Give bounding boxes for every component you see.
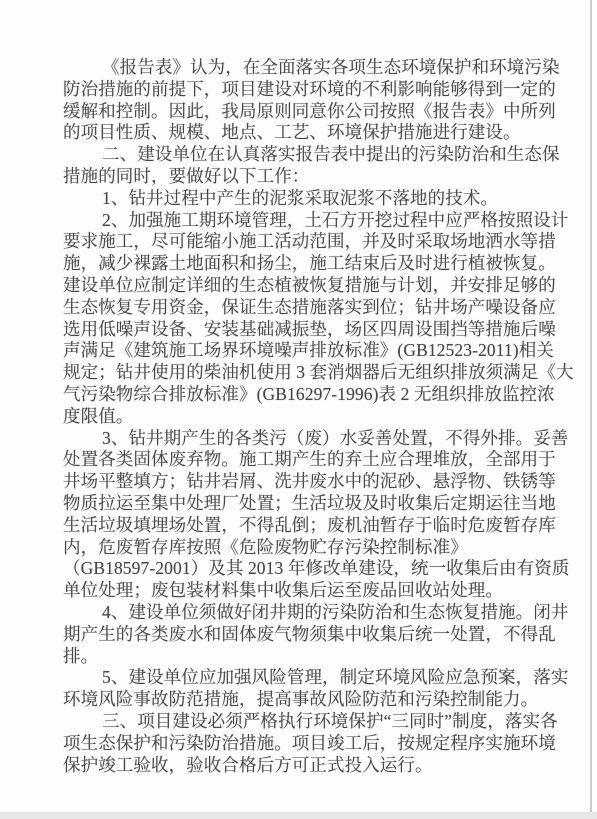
document-line: 4、建设单位须做好闭井期的污染防治和生态恢复措施。闭井 — [63, 602, 545, 624]
document-line: 度限值。 — [63, 406, 545, 428]
document-line: 《报告表》认为，在全面落实各项生态环境保护和环境污染 — [63, 57, 545, 79]
document-line: 单位处理；废包装材料集中收集后运至废品回收站处理。 — [63, 580, 545, 602]
document-line: 的项目性质、规模、地点、工艺、环境保护措施进行建设。 — [63, 122, 545, 144]
document-page: 《报告表》认为，在全面落实各项生态环境保护和环境污染 防治措施的前提下，项目建设… — [0, 0, 597, 819]
document-line: 3、钻井期产生的各类污（废）水妥善处置，不得外排。妥善 — [63, 428, 545, 450]
document-line: 缓解和控制。因此，我局原则同意你公司按照《报告表》中所列 — [63, 101, 545, 123]
document-line: 规定；钻井使用的柴油机使用 3 套消烟器后无组织排放须满足《大 — [63, 362, 545, 384]
document-line: 气污染物综合排放标准》(GB16297-1996)表 2 无组织排放监控浓 — [63, 384, 545, 406]
document-line: 期产生的各类废水和固体废气物须集中收集后统一处置，不得乱 — [63, 624, 545, 646]
document-line: 1、钻井过程中产生的泥浆采取泥浆不落地的技术。 — [63, 188, 545, 210]
scan-page-bottom-edge — [0, 812, 597, 819]
document-line: 排。 — [63, 646, 545, 668]
document-line: 三、项目建设必须严格执行环境保护“三同时”制度，落实各 — [63, 711, 545, 733]
document-line: 施，减少裸露土地面积和扬尘，施工结束后及时进行植被恢复。 — [63, 253, 545, 275]
document-line: 处置各类固体废弃物。施工期产生的弃土应合理堆放，全部用于 — [63, 449, 545, 471]
scan-page-right-edge — [590, 0, 592, 819]
document-line: （GB18597-2001）及其 2013 年修改单建设，统一收集后由有资质 — [63, 558, 545, 580]
document-line: 声满足《建筑施工场界环境噪声排放标准》(GB12523-2011)相关 — [63, 340, 545, 362]
document-line: 生态恢复专用资金，保证生态措施落实到位；钻井场产噪设备应 — [63, 297, 545, 319]
document-line: 生活垃圾填埋场处置，不得乱倒；废机油暂存于临时危废暂存库 — [63, 515, 545, 537]
document-line: 防治措施的前提下，项目建设对环境的不利影响能够得到一定的 — [63, 79, 545, 101]
document-line: 井场平整填方；钻井岩屑、洗井废水中的泥砂、悬浮物、铁锈等 — [63, 471, 545, 493]
document-text-block: 《报告表》认为，在全面落实各项生态环境保护和环境污染 防治措施的前提下，项目建设… — [63, 57, 545, 776]
document-line: 5、建设单位应加强风险管理，制定环境风险应急预案，落实 — [63, 667, 545, 689]
document-line: 保护竣工验收，验收合格后方可正式投入运行。 — [63, 755, 545, 777]
document-line: 要求施工，尽可能缩小施工活动范围，并及时采取场地洒水等措 — [63, 231, 545, 253]
document-line: 建设单位应制定详细的生态植被恢复措施与计划，并安排足够的 — [63, 275, 545, 297]
document-line: 二、建设单位在认真落实报告表中提出的污染防治和生态保 — [63, 144, 545, 166]
document-line: 2、加强施工期环境管理，土石方开挖过程中应严格按照设计 — [63, 210, 545, 232]
document-line: 项生态保护和污染防治措施。项目竣工后，按规定程序实施环境 — [63, 733, 545, 755]
document-line: 环境风险事故防范措施，提高事故风险防范和污染控制能力。 — [63, 689, 545, 711]
document-line: 措施的同时，要做好以下工作： — [63, 166, 545, 188]
document-line: 物质拉运至集中处理厂处置；生活垃圾及时收集后定期运往当地 — [63, 493, 545, 515]
document-line: 内，危废暂存库按照《危险废物贮存污染控制标准》 — [63, 537, 545, 559]
document-line: 选用低噪声设备、安装基础减振垫，场区四周设围挡等措施后噪 — [63, 319, 545, 341]
